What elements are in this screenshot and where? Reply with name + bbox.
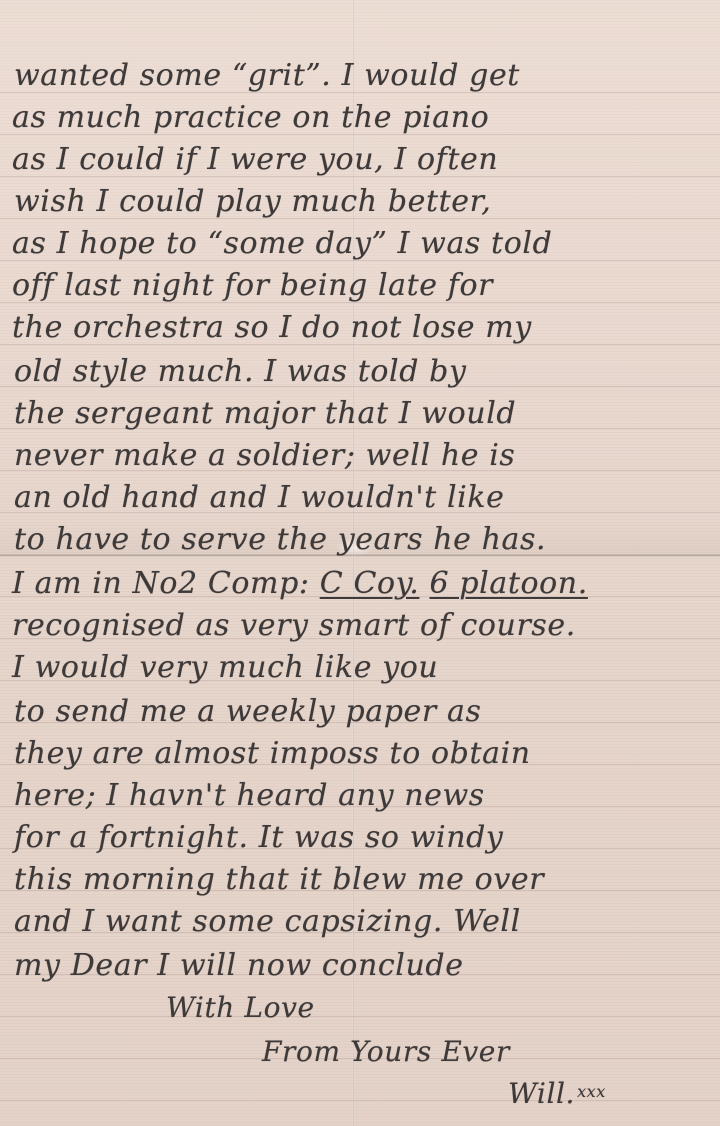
letter-line-22: my Dear I will now conclude bbox=[14, 948, 464, 984]
letter-line-12: to have to serve the years he has. bbox=[14, 522, 546, 558]
letter-body: wanted some “grit”. I would get as much … bbox=[0, 0, 720, 1126]
letter-line-13: I am in No2 Comp: C Coy. 6 platoon. bbox=[12, 566, 588, 602]
letter-line-17: they are almost imposs to obtain bbox=[14, 736, 531, 772]
platoon-underlined: 6 platoon. bbox=[430, 566, 588, 601]
letter-line-3: as I could if I were you, I often bbox=[12, 142, 498, 178]
letter-line-7: the orchestra so I do not lose my bbox=[12, 310, 532, 346]
letter-line-20: this morning that it blew me over bbox=[14, 862, 544, 898]
letter-line-11: an old hand and I wouldn't like bbox=[14, 480, 505, 516]
letter-line-6: off last night for being late for bbox=[12, 268, 493, 304]
letter-line-5: as I hope to “some day” I was told bbox=[12, 226, 552, 262]
letter-line-4: wish I could play much better, bbox=[14, 184, 491, 220]
signature-kisses: xxx bbox=[577, 1082, 606, 1101]
letter-line-18: here; I havn't heard any news bbox=[14, 778, 485, 814]
letter-line-16: to send me a weekly paper as bbox=[14, 694, 481, 730]
letter-line-9: the sergeant major that I would bbox=[14, 396, 516, 432]
letter-line-8: old style much. I was told by bbox=[14, 354, 467, 390]
letter-line-2: as much practice on the piano bbox=[12, 100, 489, 136]
letter-line-15: I would very much like you bbox=[12, 650, 438, 686]
closing-salutation: With Love bbox=[166, 990, 315, 1026]
letter-line-21: and I want some capsizing. Well bbox=[14, 904, 521, 940]
letter-line-14: recognised as very smart of course. bbox=[12, 608, 576, 644]
closing-from: From Yours Ever bbox=[262, 1034, 510, 1070]
line-13-prefix: I am in No2 Comp: bbox=[12, 566, 320, 601]
signature-name: Will. bbox=[508, 1077, 575, 1110]
signature: Will.xxx bbox=[508, 1074, 606, 1112]
letter-line-10: never make a soldier; well he is bbox=[14, 438, 515, 474]
letter-line-19: for a fortnight. It was so windy bbox=[14, 820, 503, 856]
letter-line-1: wanted some “grit”. I would get bbox=[14, 58, 520, 94]
company-underlined: C Coy. bbox=[320, 566, 420, 601]
